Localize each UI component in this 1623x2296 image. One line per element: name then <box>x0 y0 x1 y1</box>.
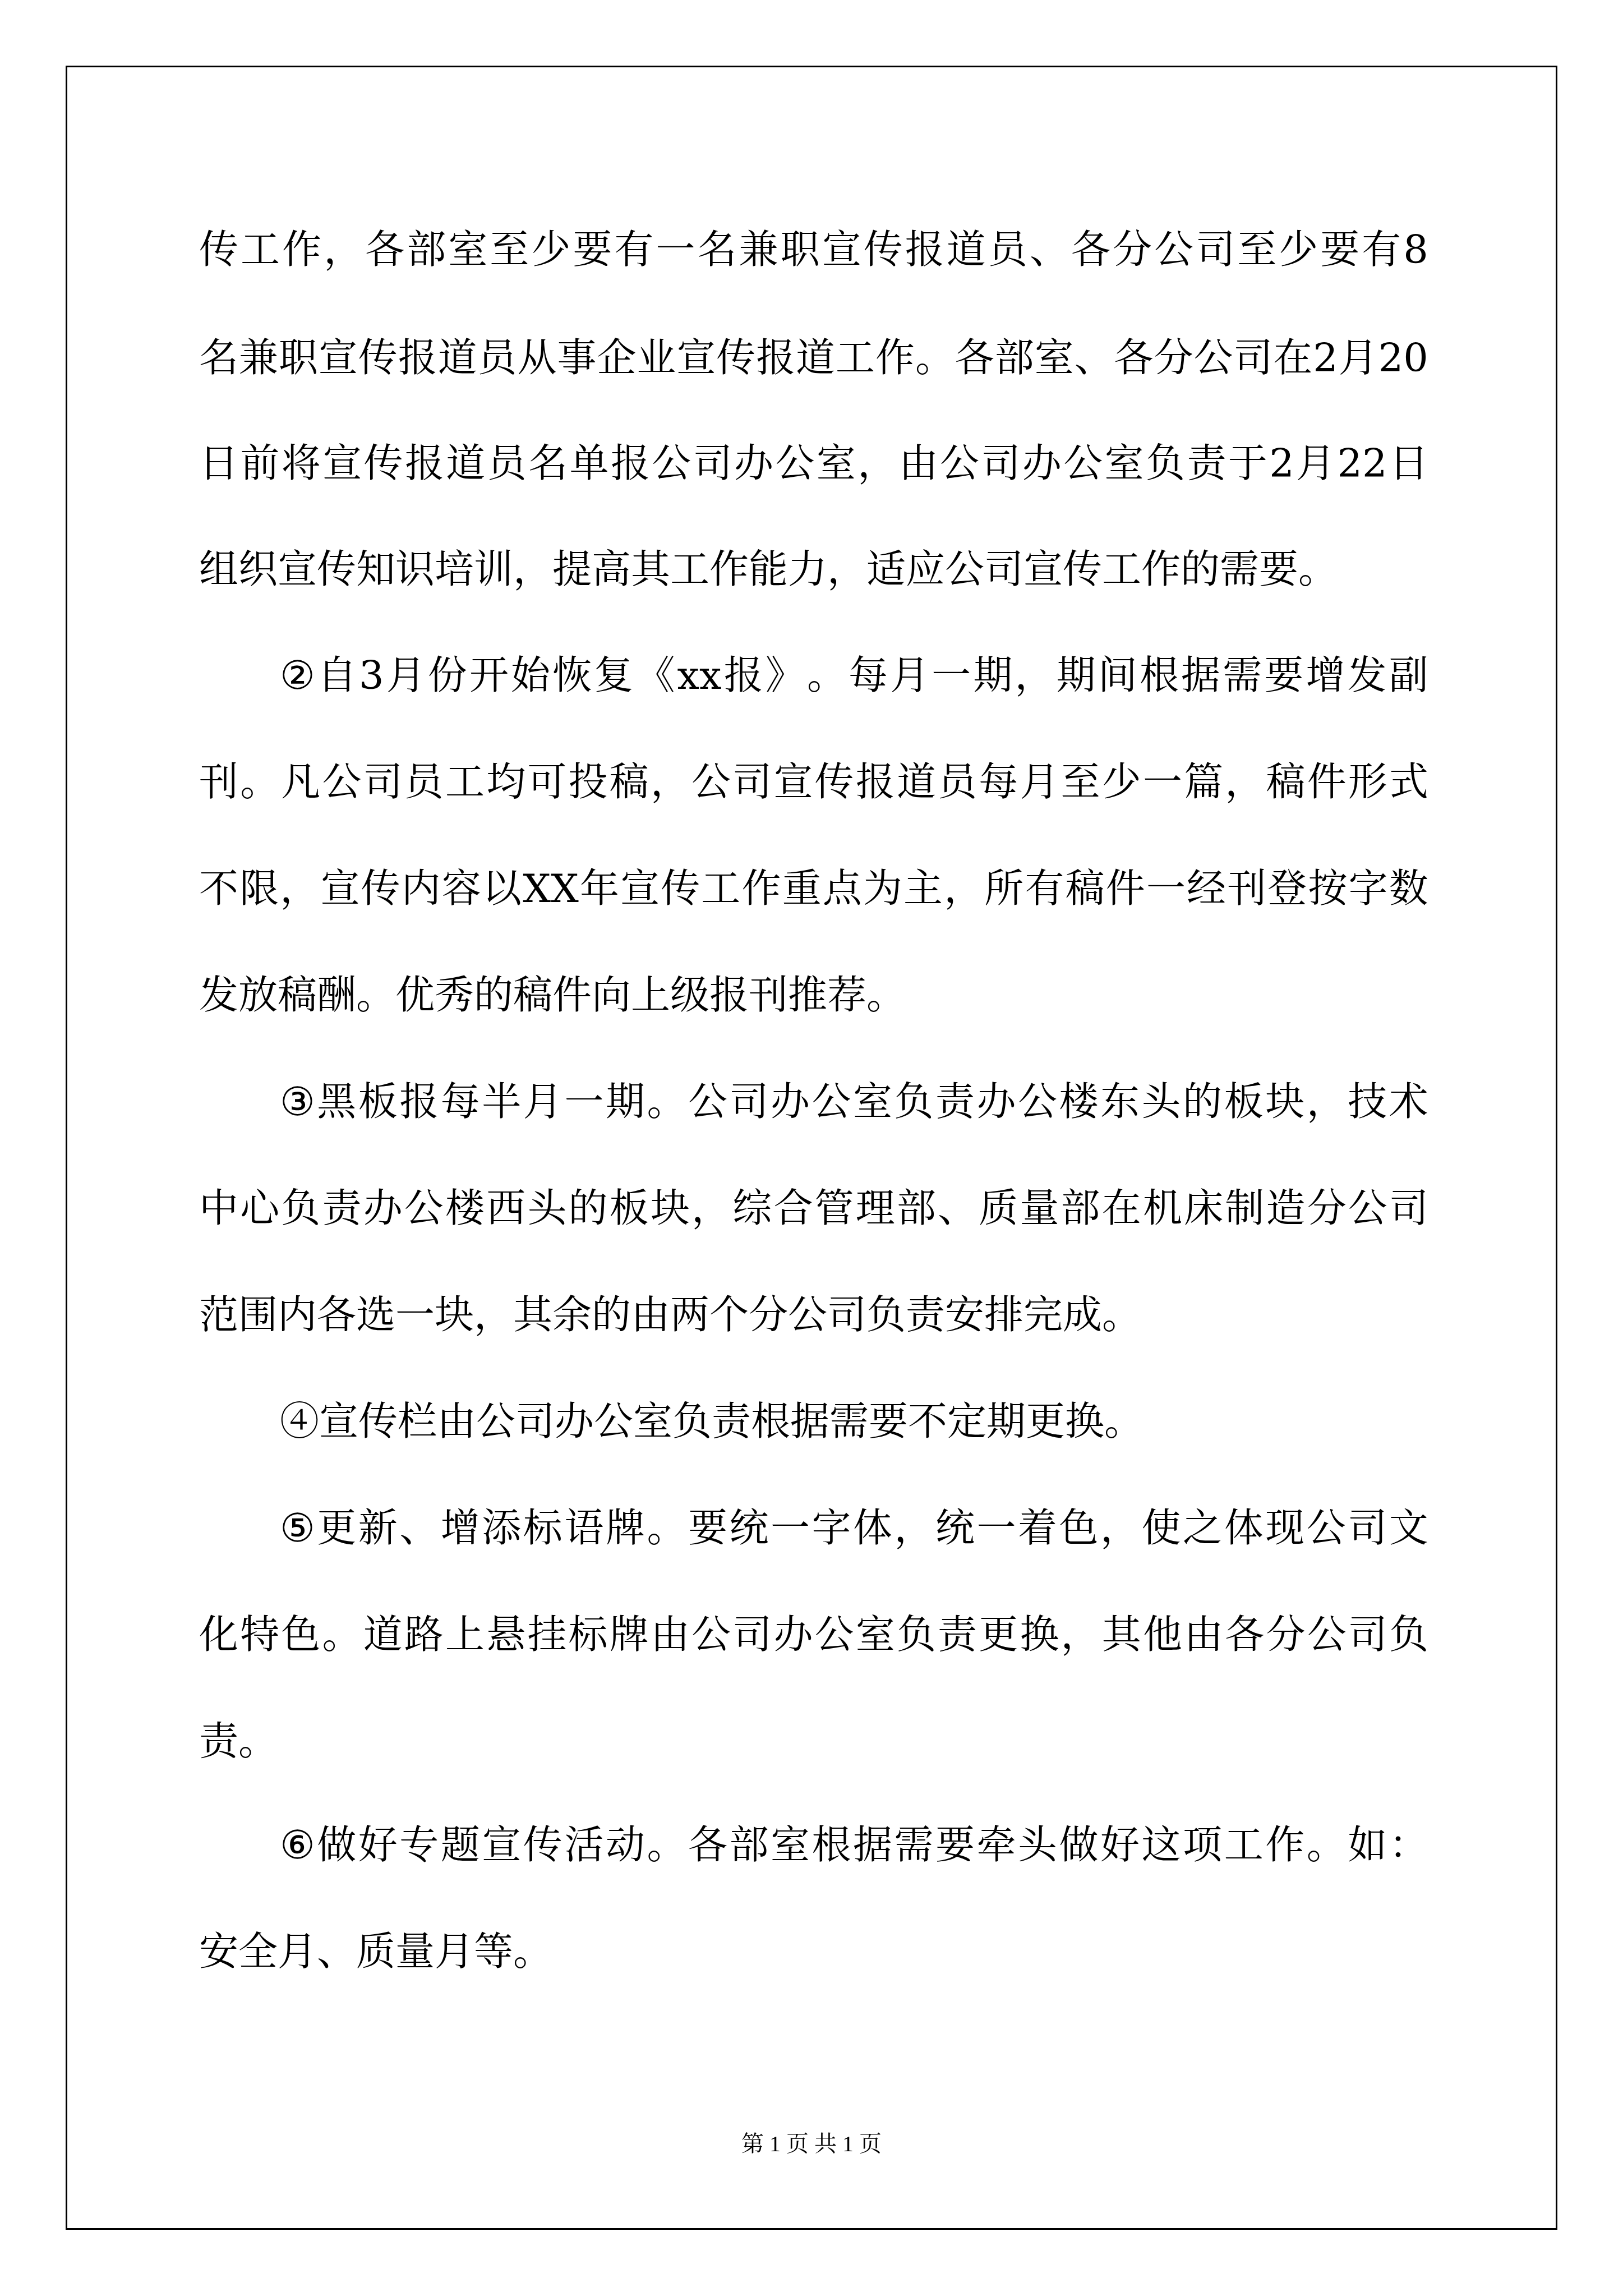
text-line: 组织宣传知识培训，提高其工作能力，适应公司宣传工作的需要。 <box>199 547 1428 592</box>
text-line: 安全月、质量月等。 <box>199 1929 1428 1974</box>
text-line: 化特色。道路上悬挂标牌由公司办公室负责更换，其他由各分公司负 <box>199 1612 1428 1657</box>
text-line-paragraph-start: ④宣传栏由公司办公室负责根据需要不定期更换。 <box>280 1399 1428 1444</box>
text-line: 刊。凡公司员工均可投稿，公司宣传报道员每月至少一篇，稿件形式 <box>199 760 1428 804</box>
text-line: 日前将宣传报道员名单报公司办公室，由公司办公室负责于2月22日 <box>199 441 1428 486</box>
text-line-paragraph-start: ③黑板报每半月一期。公司办公室负责办公楼东头的板块，技术 <box>280 1079 1428 1124</box>
page-frame <box>66 66 1557 2230</box>
text-line: 范围内各选一块，其余的由两个分公司负责安排完成。 <box>199 1292 1428 1337</box>
text-line: 发放稿酬。优秀的稿件向上级报刊推荐。 <box>199 973 1428 1018</box>
text-line-paragraph-start: ⑤更新、增添标语牌。要统一字体，统一着色，使之体现公司文 <box>280 1506 1428 1550</box>
text-line: 责。 <box>199 1719 1428 1764</box>
page-number-footer: 第 1 页 共 1 页 <box>0 2129 1623 2159</box>
text-line: 中心负责办公楼西头的板块，综合管理部、质量部在机床制造分公司 <box>199 1186 1428 1231</box>
text-line: 不限，宣传内容以XX年宣传工作重点为主，所有稿件一经刊登按字数 <box>199 866 1428 911</box>
text-line-paragraph-start: ⑥做好专题宣传活动。各部室根据需要牵头做好这项工作。如： <box>280 1823 1428 1867</box>
text-line: 名兼职宣传报道员从事企业宣传报道工作。各部室、各分公司在2月20 <box>199 335 1428 380</box>
text-line: 传工作，各部室至少要有一名兼职宣传报道员、各分公司至少要有8 <box>199 227 1428 272</box>
text-line-paragraph-start: ②自3月份开始恢复《xx报》。每月一期，期间根据需要增发副 <box>280 653 1428 698</box>
